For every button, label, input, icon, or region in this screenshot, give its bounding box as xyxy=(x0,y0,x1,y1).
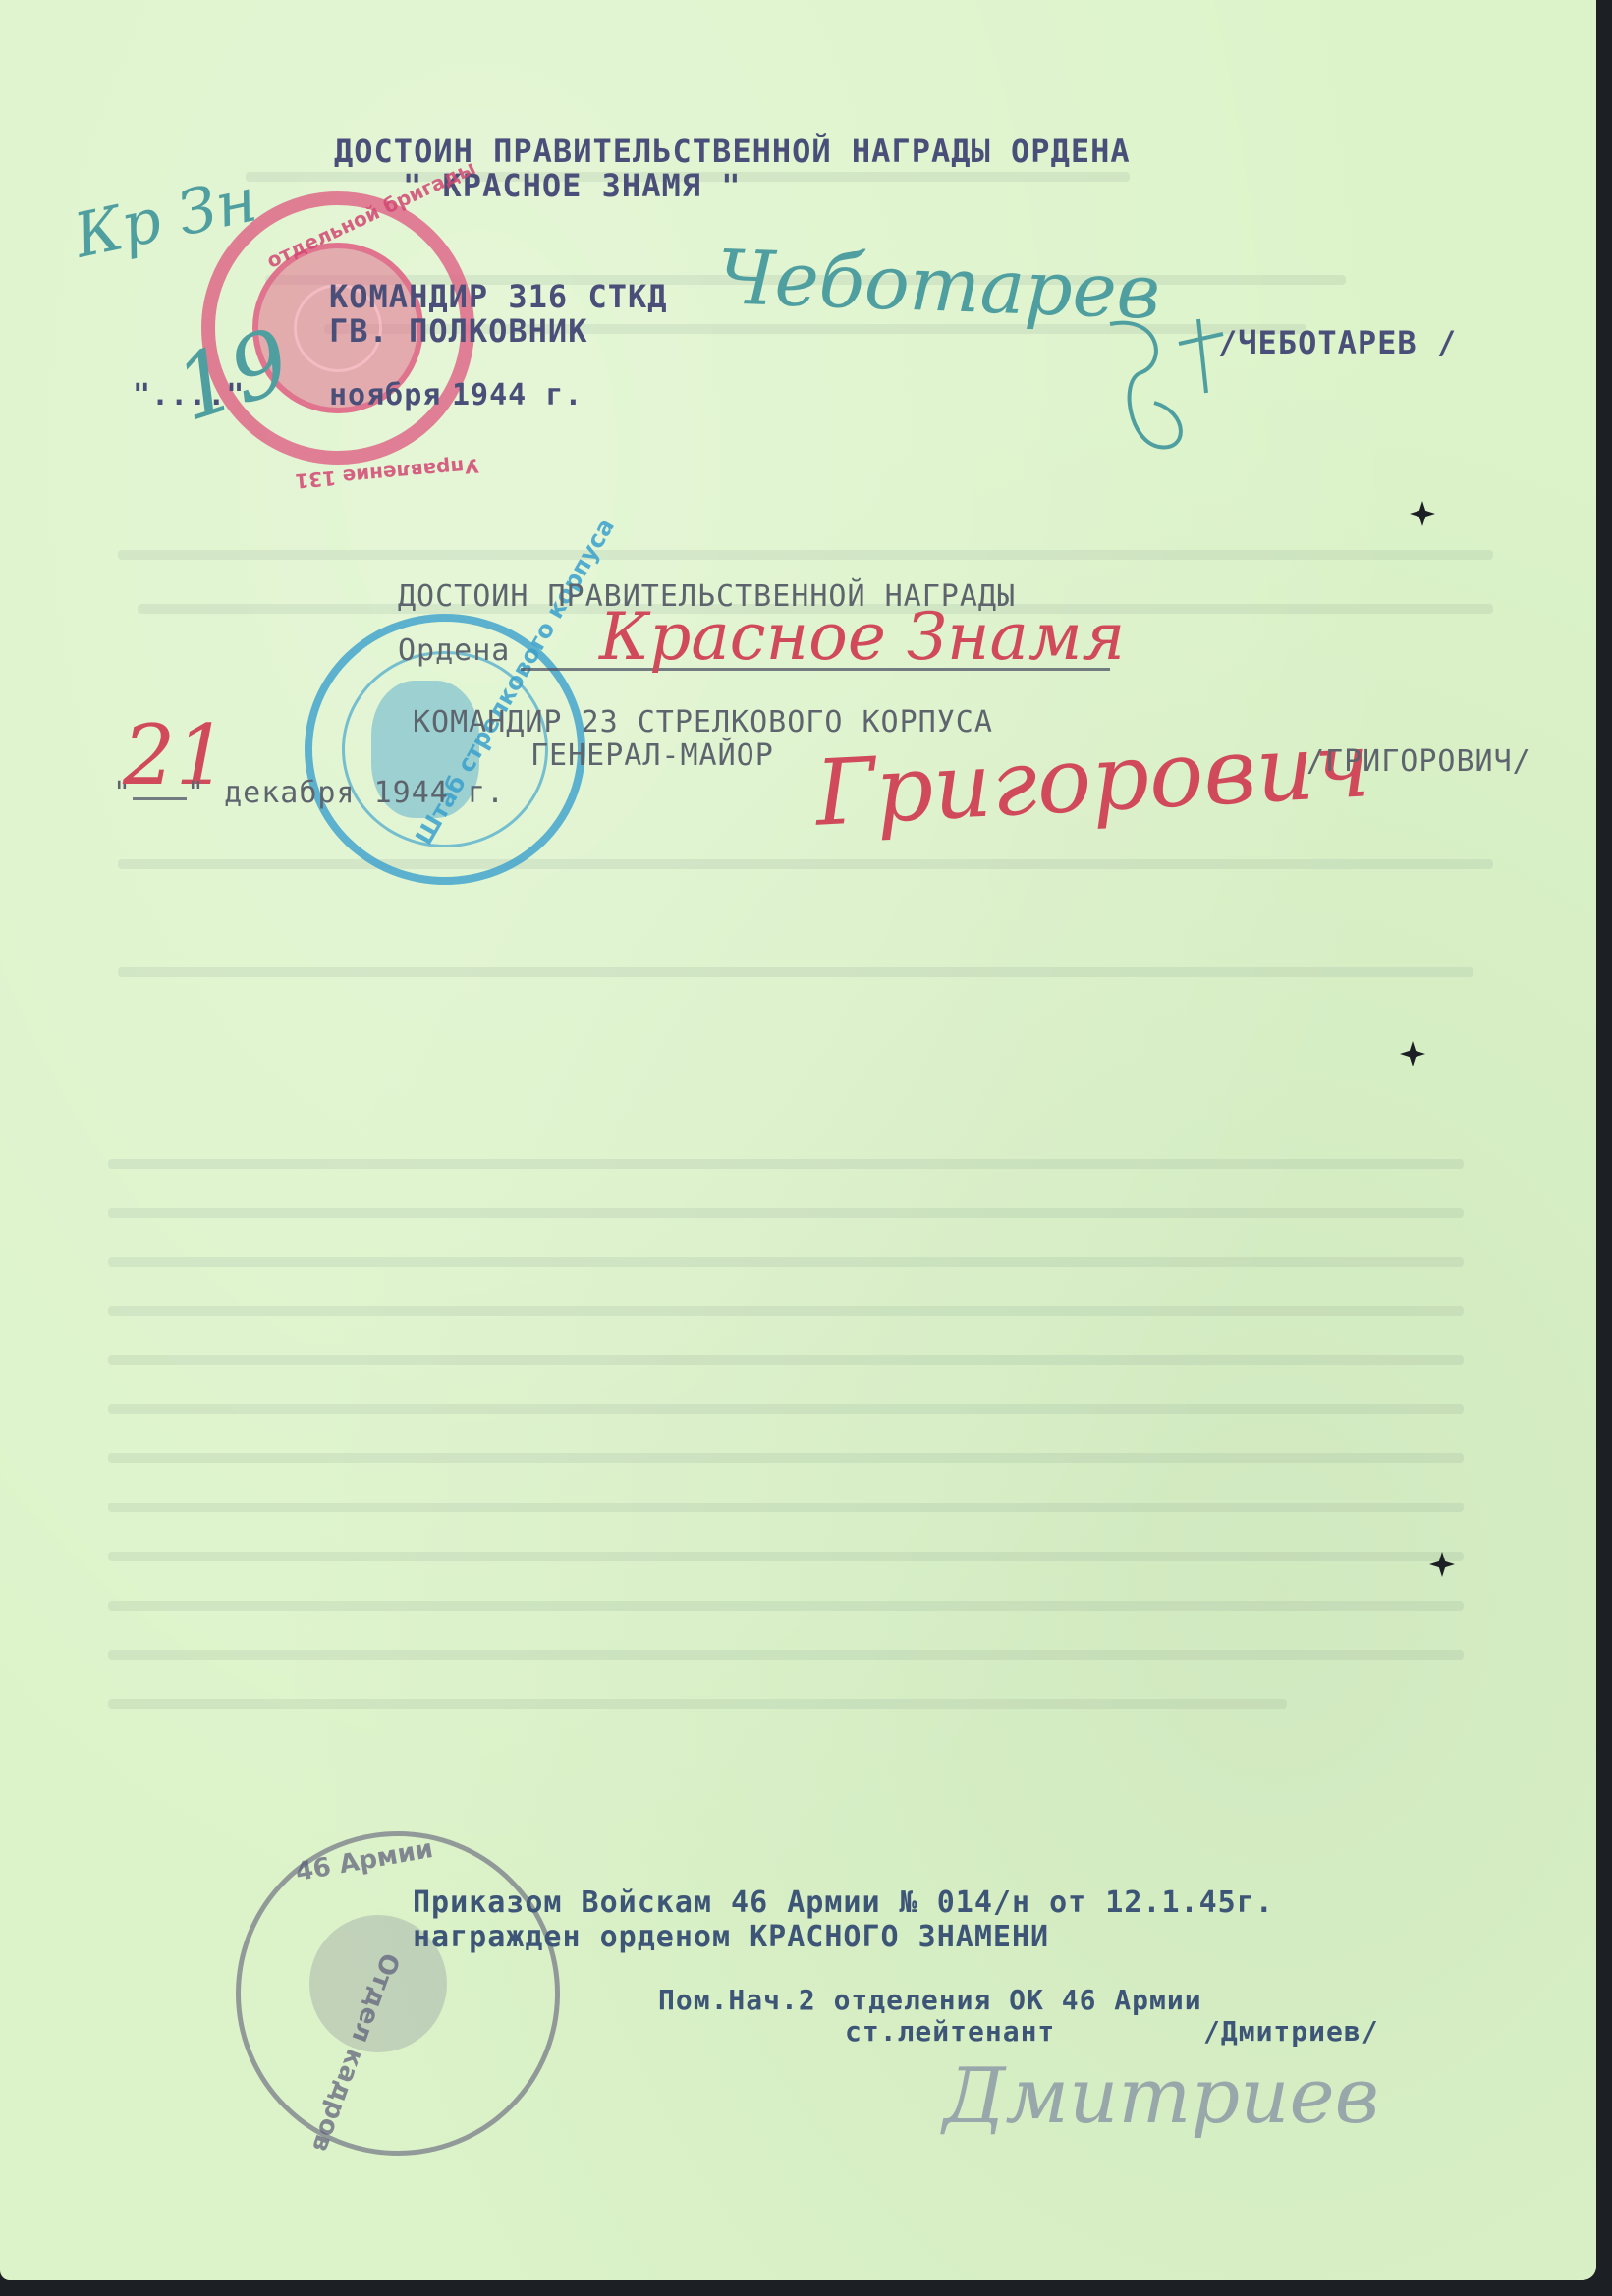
officer-position: Пом.Нач.2 отделения ОК 46 Армии xyxy=(658,1984,1202,2016)
bleed-through xyxy=(108,1355,1464,1365)
punch-hole xyxy=(1400,1041,1425,1066)
order-label: Ордена xyxy=(398,633,510,668)
corps-commander-rank: ГЕНЕРАЛ-МАЙОР xyxy=(530,738,774,773)
order-name-handwritten: Красное Знамя xyxy=(599,599,1125,675)
bleed-through xyxy=(118,967,1473,977)
bleed-through xyxy=(108,1404,1464,1414)
punch-hole xyxy=(1410,501,1435,526)
bleed-through xyxy=(108,1650,1464,1660)
bleed-through xyxy=(108,1208,1464,1218)
commander-signature: Чеботарев xyxy=(716,233,1162,336)
bleed-through xyxy=(118,859,1493,869)
date-day-underline xyxy=(133,797,187,800)
grey-army-stamp xyxy=(236,1831,560,2156)
bleed-through xyxy=(108,1552,1464,1561)
signature-flourish xyxy=(1100,304,1228,462)
bleed-through xyxy=(108,1306,1464,1316)
officer-name: /Дмитриев/ xyxy=(1203,2015,1379,2048)
corps-commander-title: КОМАНДИР 23 СТРЕЛКОВОГО КОРПУСА xyxy=(413,705,993,739)
officer-rank: ст.лейтенант xyxy=(845,2015,1055,2048)
bleed-through xyxy=(108,1159,1464,1169)
officer-signature: Дмитриев xyxy=(943,2052,1379,2141)
corps-commander-name: /ГРИГОРОВИЧ/ xyxy=(1306,744,1531,779)
date-month: ноября xyxy=(329,378,441,412)
commander-title: КОМАНДИР 316 СТКД xyxy=(329,278,668,315)
bleed-through xyxy=(108,1453,1464,1463)
bleed-through xyxy=(108,1503,1464,1512)
bleed-through xyxy=(118,550,1493,560)
date-rest: " декабря 1944 г. xyxy=(187,776,505,810)
bleed-through xyxy=(108,1257,1464,1267)
commander-name: /ЧЕБОТАРЕВ / xyxy=(1218,324,1457,361)
awarded-line: награжден орденом КРАСНОГО ЗНАМЕНИ xyxy=(413,1920,1049,1954)
bleed-through xyxy=(108,1601,1464,1611)
document-page: Кр Зн ДОСТОИН ПРАВИТЕЛЬСТВЕННОЙ НАГРАДЫ … xyxy=(0,0,1596,2280)
army-order-line: Приказом Войскам 46 Армии № 014/н от 12.… xyxy=(413,1886,1274,1920)
commander-rank: ГВ. ПОЛКОВНИК xyxy=(329,312,587,350)
date-year: 1944 г. xyxy=(452,378,583,412)
bleed-through xyxy=(108,1699,1287,1709)
